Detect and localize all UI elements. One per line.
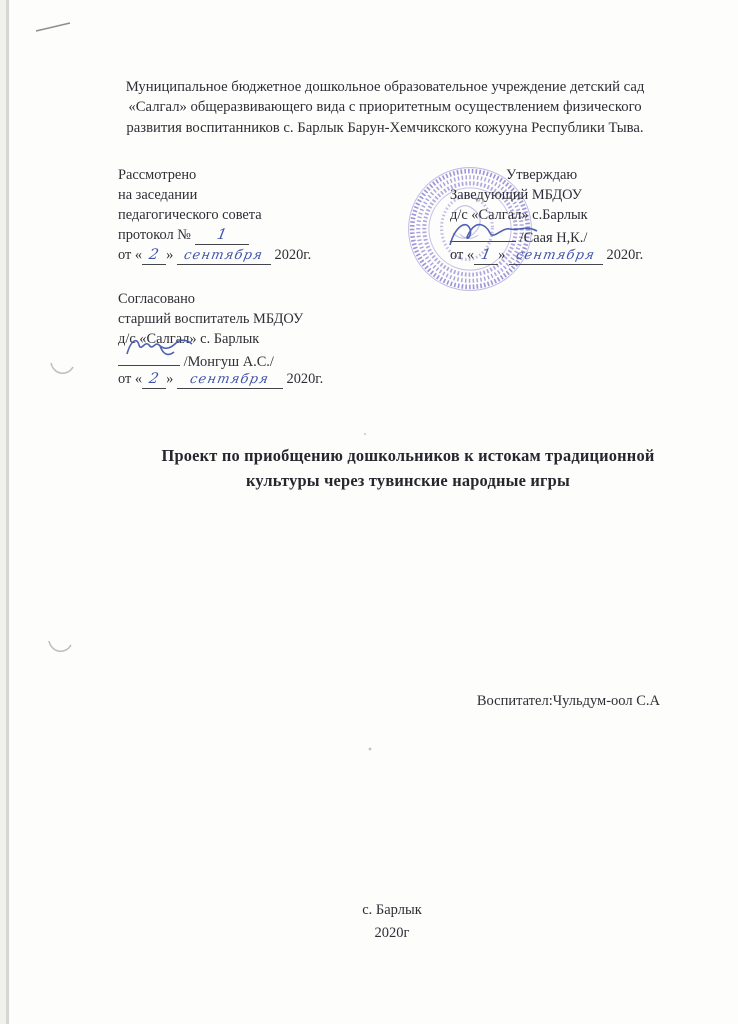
date-from-label: от « <box>450 247 474 263</box>
paper-edge-shadow <box>6 0 9 1024</box>
institution-header: Муниципальное бюджетное дошкольное образ… <box>105 77 665 139</box>
approved-block: Утверждаю Заведующий МБДОУ д/с «Салгал» … <box>450 165 643 265</box>
approved-line: Заведующий МБДОУ <box>450 185 643 205</box>
speck-mark <box>364 433 366 435</box>
footer-year: 2020г <box>362 922 422 945</box>
agreed-date-line: от «2» сентября 2020г. <box>118 369 323 389</box>
approved-signature-name: /Саая Н,К./ <box>520 230 588 246</box>
date-day-handwritten: 2 <box>148 248 160 263</box>
footer-location: с. Барлык <box>362 899 422 922</box>
date-month-handwritten: сентября <box>189 372 271 387</box>
footer-block: с. Барлык 2020г <box>362 899 422 945</box>
date-month-handwritten: сентября <box>515 248 597 263</box>
date-day-blank: 1 <box>474 248 498 265</box>
date-month-blank: сентября <box>177 248 271 265</box>
agreed-block: Согласовано старший воспитатель МБДОУ д/… <box>118 289 323 389</box>
date-year: 2020г. <box>607 247 644 263</box>
reviewed-line: педагогического совета <box>118 205 311 225</box>
scanned-document-page: Муниципальное бюджетное дошкольное образ… <box>0 0 738 1024</box>
approved-date-line: от «1» сентября 2020г. <box>450 245 643 265</box>
hole-punch-mark <box>49 641 71 651</box>
approved-signature-line: /Саая Н,К./ <box>450 225 643 245</box>
date-quote-close: » <box>166 371 173 387</box>
date-month-handwritten: сентября <box>183 248 265 263</box>
protocol-label: протокол № <box>118 227 191 243</box>
date-year: 2020г. <box>287 371 324 387</box>
date-from-label: от « <box>118 247 142 263</box>
protocol-number-blank: 1 <box>195 228 249 245</box>
project-title: Проект по приобщению дошкольников к исто… <box>78 444 738 493</box>
signature-blank <box>118 349 180 366</box>
pen-mark <box>36 23 70 31</box>
approved-line: д/с «Салгал» с.Барлык <box>450 205 643 225</box>
reviewed-line: на заседании <box>118 185 311 205</box>
reviewed-block: Рассмотрено на заседании педагогического… <box>118 165 311 265</box>
agreed-line: Согласовано <box>118 289 323 309</box>
date-day-blank: 2 <box>142 372 166 389</box>
protocol-line: протокол № 1 <box>118 225 311 245</box>
date-month-blank: сентября <box>177 372 283 389</box>
approved-line: Утверждаю <box>506 165 643 185</box>
agreed-line: д/с «Салгал» с. Барлык <box>118 329 323 349</box>
reviewed-line: Рассмотрено <box>118 165 311 185</box>
date-quote-close: » <box>498 247 505 263</box>
date-day-blank: 2 <box>142 248 166 265</box>
protocol-number-handwritten: 1 <box>216 228 228 243</box>
date-day-handwritten: 2 <box>148 372 160 387</box>
agreed-signature-line: /Монгуш А.С./ <box>118 349 323 369</box>
date-month-blank: сентября <box>509 248 603 265</box>
speck-mark <box>369 748 372 751</box>
project-title-line2: культуры через тувинские народные игры <box>78 469 738 494</box>
date-quote-close: » <box>166 247 173 263</box>
date-day-handwritten: 1 <box>480 248 492 263</box>
hole-punch-mark <box>51 363 73 373</box>
agreed-signature-name: /Монгуш А.С./ <box>184 354 274 370</box>
project-title-line1: Проект по приобщению дошкольников к исто… <box>78 444 738 469</box>
date-year: 2020г. <box>275 247 312 263</box>
signature-blank <box>450 225 516 242</box>
reviewed-date-line: от «2» сентября 2020г. <box>118 245 311 265</box>
date-from-label: от « <box>118 371 142 387</box>
author-line: Воспитател:Чульдум-оол С.А <box>0 693 660 710</box>
scan-artifacts <box>0 0 738 1024</box>
agreed-line: старший воспитатель МБДОУ <box>118 309 323 329</box>
